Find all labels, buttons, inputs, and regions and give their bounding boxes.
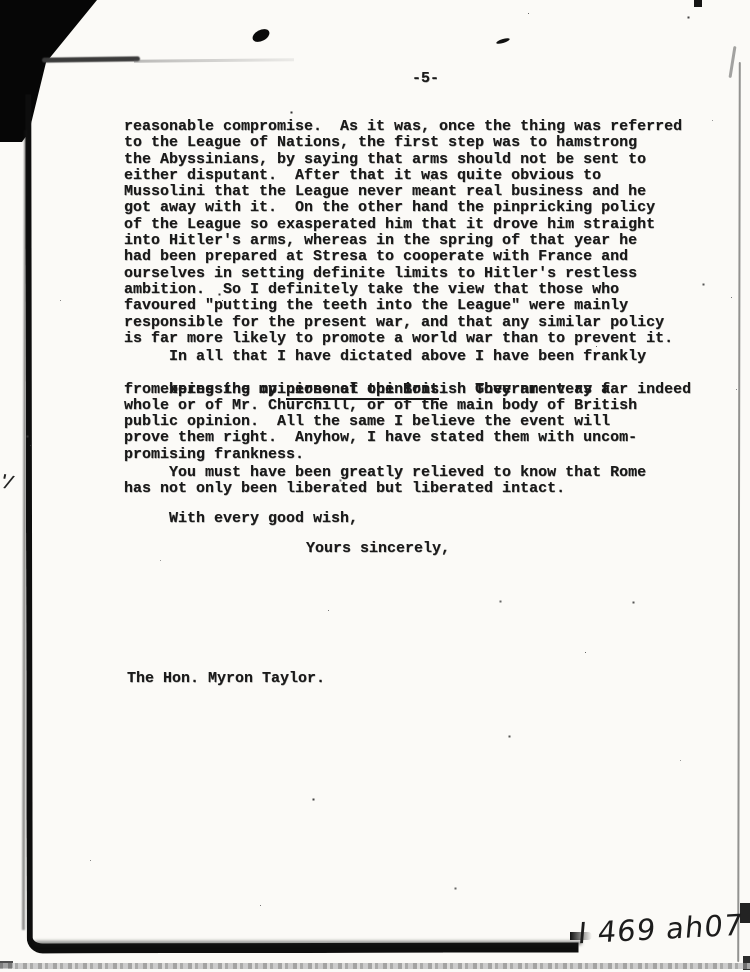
smudge-streak: [42, 56, 140, 62]
letter-paragraph-2-line-1: In all that I have dictated above I have…: [124, 349, 646, 365]
closing-wish-line: With every good wish,: [124, 511, 358, 527]
handwritten-margin-mark: '/: [0, 471, 14, 493]
signoff-line: Yours sincerely,: [306, 541, 450, 557]
letter-paragraph-3: You must have been greatly relieved to k…: [124, 465, 646, 498]
letter-paragraph-2-rest: from being the opinions of the British G…: [124, 382, 637, 463]
addressee-line: The Hon. Myron Taylor.: [127, 671, 325, 687]
ink-dash-mark: [496, 37, 511, 45]
handwritten-archive-code: I 469 ah07: [577, 908, 745, 951]
bottom-bar-smudge: [34, 941, 582, 945]
ink-blob-mark: [250, 27, 271, 45]
paper-speckles: [0, 0, 1, 1]
letter-paragraph-1: reasonable compromise. As it was, once t…: [124, 119, 682, 347]
top-right-edge-mark: [694, 0, 702, 7]
page-number: -5-: [412, 71, 439, 87]
smudge-streak-tail: [134, 58, 294, 62]
scanner-edge-strip: [0, 963, 750, 969]
scanned-letter-page: -5- reasonable compromise. As it was, on…: [0, 0, 750, 972]
page-right-edge-line: [737, 62, 741, 962]
page-right-edge-curve: [729, 46, 737, 78]
